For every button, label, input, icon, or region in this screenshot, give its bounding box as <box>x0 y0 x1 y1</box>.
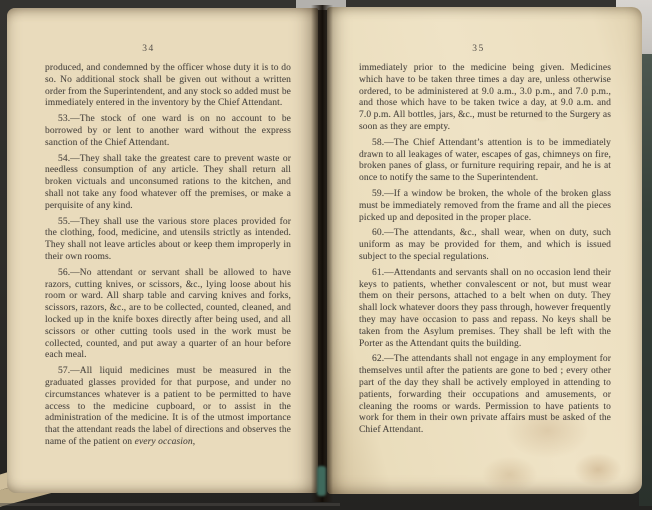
continuation-paragraph: immediately prior to the medicine being … <box>359 63 611 134</box>
book-gutter-shadow <box>311 5 333 502</box>
rule-61-paragraph: 61.—Attendants and servants shall on no … <box>359 268 611 351</box>
page-number-left: 34 <box>7 44 304 54</box>
rule-55-paragraph: 55.—They shall use the various store pla… <box>45 217 291 264</box>
page-right: 35 immediately prior to the medicine bei… <box>327 7 642 494</box>
rule-58-paragraph: 58.—The Chief Attendant’s attention is t… <box>359 138 611 185</box>
rule-57-emphasis: every occasion <box>135 437 193 447</box>
table-surface-highlight <box>0 503 340 506</box>
rule-53-paragraph: 53.—The stock of one ward is on no accou… <box>45 114 291 149</box>
page-left-text-block: produced, and condemned by the officer w… <box>45 63 291 453</box>
rule-60-paragraph: 60.—The attendants, &c., shall wear, whe… <box>359 228 611 263</box>
rule-57-lead: 57.—All liquid medicines must be measure… <box>45 366 291 447</box>
cover-cloth-glimpse <box>317 466 326 496</box>
rule-54-paragraph: 54.—They shall take the greatest care to… <box>45 154 291 213</box>
rule-62-paragraph: 62.—The attendants shall not engage in a… <box>359 354 611 437</box>
page-left: 34 produced, and condemned by the office… <box>7 8 318 493</box>
continuation-paragraph: produced, and condemned by the officer w… <box>45 63 291 110</box>
open-book-photo: 34 produced, and condemned by the office… <box>0 0 652 510</box>
rule-57-paragraph: 57.—All liquid medicines must be measure… <box>45 366 291 449</box>
rule-59-paragraph: 59.—If a window be broken, the whole of … <box>359 189 611 224</box>
page-right-text-block: immediately prior to the medicine being … <box>359 63 611 441</box>
page-number-right: 35 <box>327 44 636 54</box>
rule-56-paragraph: 56.—No attendant or servant shall be all… <box>45 268 291 362</box>
rule-57-tail: , <box>193 437 195 447</box>
